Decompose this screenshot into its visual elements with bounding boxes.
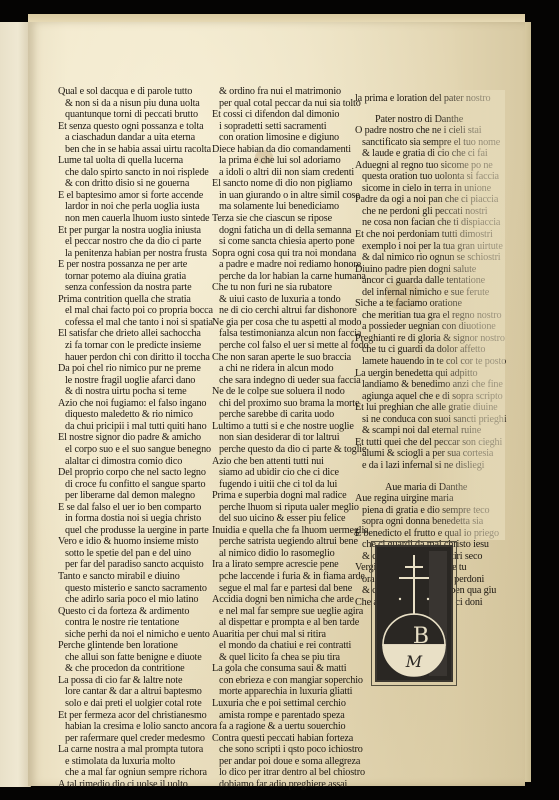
verse-line: el peccar nostro che da dio ci parte — [58, 236, 208, 248]
verse-line: E per nostra possanza ne per arte — [58, 259, 208, 271]
verse-line: siamo ad ubidir cio che ci dice — [212, 467, 362, 479]
verse-line: Et per fermeza acor del christianesmo — [58, 710, 208, 722]
verse-line: lo dico per itrar dentro al bel chiostro — [212, 767, 362, 779]
double-cross-orb-icon: B M — [377, 547, 451, 680]
verse-line: solo e dai preti el uolgier cotal rote — [58, 698, 208, 710]
verse-line: morte apparechia in luxuria gliatti — [212, 686, 362, 698]
verse-line: Ne de le colpe sue soluera il nodo — [212, 386, 362, 398]
verse-line: Vero e idio & huomo insieme misto — [58, 536, 208, 548]
printer-letter-b: B — [413, 624, 429, 649]
verse-line: E se dal falso el uer io ben comparto — [58, 502, 208, 514]
verse-line: lamete hauendo in te col cor te posto — [355, 356, 500, 368]
verse-line: Ira a lirato sempre acrescie pene — [212, 559, 362, 571]
verse-line: fa a ragione & a uertu souerchio — [212, 721, 362, 733]
verse-line: Et senza questo ogni possanza e tolta — [58, 121, 208, 133]
verse-line: amista rompe e parentado speza — [212, 710, 362, 722]
verse-line: Inuidia e quella che fa lhuom uermeglia — [212, 525, 362, 537]
verse-line: A tal rimedio dio ci uolse il uolto — [58, 779, 208, 791]
verse-line: La possa di cio far & laltre note — [58, 675, 208, 687]
verse-line: di croce fu confitto el sangue sparto — [58, 479, 208, 491]
printer-mark: B M — [375, 545, 453, 682]
verse-line: lardor in noi che perla uoglia iusta — [58, 201, 208, 213]
pater-noster-heading: la prima e loration del pater nostro — [355, 93, 500, 105]
verse-line: per liberarne dal demon malegno — [58, 490, 208, 502]
verse-line: La carne nostra a mal prompta tutora — [58, 744, 208, 756]
verse-line: agiunga aquel che e di sopra scripto — [355, 391, 500, 403]
verse-line: con ebrieza e con mangiar soperchio — [212, 675, 362, 687]
verse-line: Che tu non furi ne sia rubatore — [212, 282, 362, 294]
verse-line: & che procedon da contritione — [58, 663, 208, 675]
verse-line: Diece habian da dio comandamenti — [212, 144, 362, 156]
verse-line: Diuino padre pien dogni salute — [355, 264, 500, 276]
verse-line: si come sancta chiesia aperto pone — [212, 236, 362, 248]
verse-line: e nel mal far sempre sue ueglie agira — [212, 606, 362, 618]
verse-line: sotto le spetie del pan e del uino — [58, 548, 208, 560]
verse-line: Prima contrition quella che stratia — [58, 294, 208, 306]
verse-line: che tu ci guardi da dolor affetto — [355, 344, 500, 356]
printer-letter-m: M — [405, 652, 423, 671]
verse-line: ne di cio cerchi altrui far dishonore — [212, 305, 362, 317]
verse-line: questa oration tuo uolonta si faccia — [355, 171, 500, 183]
verse-line: in uan giurando o in altre simil cose — [212, 190, 362, 202]
verse-line: La gola che consuma saui & matti — [212, 663, 362, 675]
verse-line: per far del paradiso sancto acquisto — [58, 559, 208, 571]
verse-line: che a mal far ogniun sempre richora — [58, 767, 208, 779]
verse-line: che dalo spirto sancto in noi risplede — [58, 167, 208, 179]
verse-line: Lultimo a tutti si e che nostre uoglie — [212, 421, 362, 433]
verse-line: Tanto e sancto mirabil e diuino — [58, 571, 208, 583]
verse-line: Sopra ogni cosa qui tra noi mondana — [212, 248, 362, 260]
verse-line: che sono scripti i qsto poco ichiostro — [212, 744, 362, 756]
verse-line: questo misterio e sancto sacramento — [58, 583, 208, 595]
verse-line: ma solamente lui benediciamo — [212, 201, 362, 213]
verse-line: & scampi noi dal eternal ruine — [355, 425, 500, 437]
verse-line: per andar poi doue e soma allegreza — [212, 756, 362, 768]
verse-line: sopra ogni donna benedetta sia — [355, 516, 500, 528]
text-column-right: la prima e loration del pater nostro Pat… — [355, 93, 500, 620]
verse-line: Questo ci da forteza & ardimento — [58, 606, 208, 618]
verse-line: perche da lor habian la carne humana — [212, 271, 362, 283]
verse-line: perche sarebbe di carita uodo — [212, 409, 362, 421]
verse-line: Padre da ogi a noi pan che ci piaccia — [355, 194, 500, 206]
verse-line: landiamo & benedimo anzi che fine — [355, 379, 500, 391]
verse-line: Qual e sol dacqua e di parole tutto — [58, 86, 208, 98]
verse-line: del suo uicino & esser piu felice — [212, 513, 362, 525]
verse-line: el mondo da chatiui e rei contratti — [212, 640, 362, 652]
verse-line: da chui pricipii i mal tutti quiti hano — [58, 421, 208, 433]
pater-noster-verses: O padre nostro che ne i cieli staisancti… — [355, 125, 500, 471]
verse-line: la penitenza habian per nostra frusta — [58, 248, 208, 260]
ave-maria-title: Aue maria di Danthe — [355, 482, 500, 494]
verse-line: perche satrista uegiendo altrui bene — [212, 536, 362, 548]
verse-line: & non si da a nisun piu duna uolta — [58, 98, 208, 110]
verse-line: segue el mal far e partesi dal bene — [212, 583, 362, 595]
verse-line: cofessa el mal che tanto i noi si spatia — [58, 317, 208, 329]
verse-line: El nostre signor dio padre & amicho — [58, 432, 208, 444]
verse-line: Siche a te faciamo oratione — [355, 298, 500, 310]
verse-line: a ciaschadun dandar a uita eterna — [58, 132, 208, 144]
verse-line: Perche glintende ben loratione — [58, 640, 208, 652]
text-column-left: Qual e sol dacqua e di parole tutto& non… — [58, 86, 208, 790]
verse-line: & con dritto disio si ne gouerna — [58, 178, 208, 190]
verse-line: E benedicto el frutto e qual io priego — [355, 528, 500, 540]
verse-line: dobiamo far adio preghiere assai — [212, 779, 362, 791]
verse-line: Accidia dogni ben nimicha che arde — [212, 594, 362, 606]
verse-line: le nostre fragil uoglie afarci dano — [58, 375, 208, 387]
verse-line: per rafermare quel creder medesmo — [58, 733, 208, 745]
verse-line: dogni faticha un di della semanna — [212, 225, 362, 237]
verse-line: a padre e madre noi rediamo honore — [212, 259, 362, 271]
verse-line: zi fa tornar con le predicte insieme — [58, 340, 208, 352]
verse-line: Luxuria che e poi settimal cerchio — [212, 698, 362, 710]
verse-line: Lume tal uolta di quella lucerna — [58, 155, 208, 167]
verse-line: Aue regina uirgine maria — [355, 493, 500, 505]
verse-line: che adirlo saria poco el mio latino — [58, 594, 208, 606]
verse-line: con oration limosine e digiuno — [212, 132, 362, 144]
verse-line: Auaritia per chui mal si ritira — [212, 629, 362, 641]
verse-line: Et che noi perdoniam tutti dimostri — [355, 229, 500, 241]
verse-line: e stimolata da luxuria molto — [58, 756, 208, 768]
verse-line: Ne gia per cosa che tu aspetti al modo — [212, 317, 362, 329]
verse-line: exemplo i noi per la tua gran uirtute — [355, 241, 500, 253]
verse-line: Contra questi peccati habian forteza — [212, 733, 362, 745]
verse-line: & laude e gratia di cio che ci fai — [355, 148, 500, 160]
verse-line: El sancto nome di dio non pigliamo — [212, 178, 362, 190]
verse-line: e da i lazi infernal si ne disliegi — [355, 460, 500, 472]
verse-line: che sara indegno di ueder sua faccia — [212, 375, 362, 387]
verse-line: habian la cresima e lolio sancto ancora — [58, 721, 208, 733]
verse-line: in forma dostia noi si uegia christo — [58, 513, 208, 525]
verse-line: Aduegni al regno tuo sicome po ne — [355, 160, 500, 172]
verse-line: quantunque torni di peccati brutto — [58, 109, 208, 121]
verse-line: & ordino fra nui el matrimonio — [212, 86, 362, 98]
verse-line: si ne conduca con suoi sancti prieghi — [355, 414, 500, 426]
verse-line: a chi ne ridera in alcun modo — [212, 363, 362, 375]
verse-line: lore cantar & dar a altrui baptesmo — [58, 686, 208, 698]
verse-line: al nimico didio lo rasomeglio — [212, 548, 362, 560]
verse-line: Del proprio corpo che nel sacto legno — [58, 467, 208, 479]
verse-line: chi del proximo suo brama la morte — [212, 398, 362, 410]
verse-line: Preghianti re di gloria & signor nostro — [355, 333, 500, 345]
verse-line: alaltar ci dimostra comio dico — [58, 456, 208, 468]
verse-line: & uiui casto de luxuria a tondo — [212, 294, 362, 306]
verse-line: el corpo suo e el suo sangue benegno — [58, 444, 208, 456]
verse-line: & quel licito fa chea se piu tira — [212, 652, 362, 664]
verse-line: La uergin benedetta qui adpitto — [355, 368, 500, 380]
verse-line: perche col falso el uer si mette al fodo — [212, 340, 362, 352]
verse-line: & dal nimico rio ognun se schiostri — [355, 252, 500, 264]
verse-line: diquesto maledetto & rio nimico — [58, 409, 208, 421]
verse-line: i sopradetti setti sacramenti — [212, 121, 362, 133]
verse-line: Et cossi ci difendon dal dimonio — [212, 109, 362, 121]
verse-line: ben che in se habia assai uirtu racolta — [58, 144, 208, 156]
verse-line: siche perhi da noi el nimicho e uento — [58, 629, 208, 641]
verse-line: che meritian tua gra el regno nostro — [355, 310, 500, 322]
verse-line: & di nostra uirtu pocha si teme — [58, 386, 208, 398]
verse-line: Azio che ben attenti tutti nui — [212, 456, 362, 468]
verse-line: a idoli o altri dii non siam credenti — [212, 167, 362, 179]
verse-line: El satisfar che drieto allei sachoccha — [58, 328, 208, 340]
verse-line: ne cosa non facian che ti dispiaccia — [355, 217, 500, 229]
verse-line: O padre nostro che ne i cieli stai — [355, 125, 500, 137]
verse-line: per qual cotal peccar da nui sia tolto — [212, 98, 362, 110]
verse-line: Da poi chel rio nimico pur ne preme — [58, 363, 208, 375]
verse-line: Terza sie che ciascun se ripose — [212, 213, 362, 225]
verse-line: ancor ci guarda dalle tentatione — [355, 275, 500, 287]
verse-line: perche lhuom si riputa ualer meglio — [212, 502, 362, 514]
verse-line: a possieder uegnian con diuotione — [355, 321, 500, 333]
verse-line: Et per purgar la nostra uoglia iniusta — [58, 225, 208, 237]
verse-line: non sian desiderar di tor laltrui — [212, 432, 362, 444]
verse-line: perche questo da dio ci parte & toglie — [212, 444, 362, 456]
verse-line: piena di gratia e dio sempre teco — [355, 505, 500, 517]
verse-line: hauer perdon chi con diritto il toccha — [58, 352, 208, 364]
verse-line: sicome in cielo in terra in unione — [355, 183, 500, 195]
verse-line: Azio che noi fugiamo: el falso ingano — [58, 398, 208, 410]
verse-line: pche laccende i furia & in fiama arde — [212, 571, 362, 583]
verse-line: fugendo i uitii che ci tol da lui — [212, 479, 362, 491]
verse-line: Et tutti quei che del peccar son cieghi — [355, 437, 500, 449]
verse-line: alumi & sciogli a per sua cortesia — [355, 448, 500, 460]
verse-line: E el baptesimo amor si forte accende — [58, 190, 208, 202]
verse-line: al dispettar e prompta e al ben tarde — [212, 617, 362, 629]
verse-line: Prima e superbia dogni mal radice — [212, 490, 362, 502]
text-column-middle: & ordino fra nui el matrimonioper qual c… — [212, 86, 362, 790]
previous-page-edge — [0, 22, 31, 787]
verse-line: falsa testimonianza alcun non faccia — [212, 328, 362, 340]
pater-noster-title: Pater nostro di Danthe — [355, 114, 500, 126]
verse-line: quel che produsse la uergine in parte — [58, 525, 208, 537]
verse-line: non men cauerla lhuom iusto sintede — [58, 213, 208, 225]
verse-line: la prima e che lui sol adoriamo — [212, 155, 362, 167]
verse-line: che allui son fatte benigne e diuote — [58, 652, 208, 664]
verse-line: Et lui preghian che alle gratie diuine — [355, 402, 500, 414]
verse-line: del infernal nimicho e sue ferute — [355, 287, 500, 299]
verse-line: el mal chai facto poi co propria bocca — [58, 305, 208, 317]
verse-line: contra le nostre rie tentatione — [58, 617, 208, 629]
verse-line: Che non saran aperte le suo braccia — [212, 352, 362, 364]
verse-line: che ne perdoni gli peccati nostri — [355, 206, 500, 218]
verse-line: senza confession da nostra parte — [58, 282, 208, 294]
verse-line: sanctificato sia sempre el tuo nome — [355, 137, 500, 149]
verse-line: tornar potemo ala diuina gratia — [58, 271, 208, 283]
